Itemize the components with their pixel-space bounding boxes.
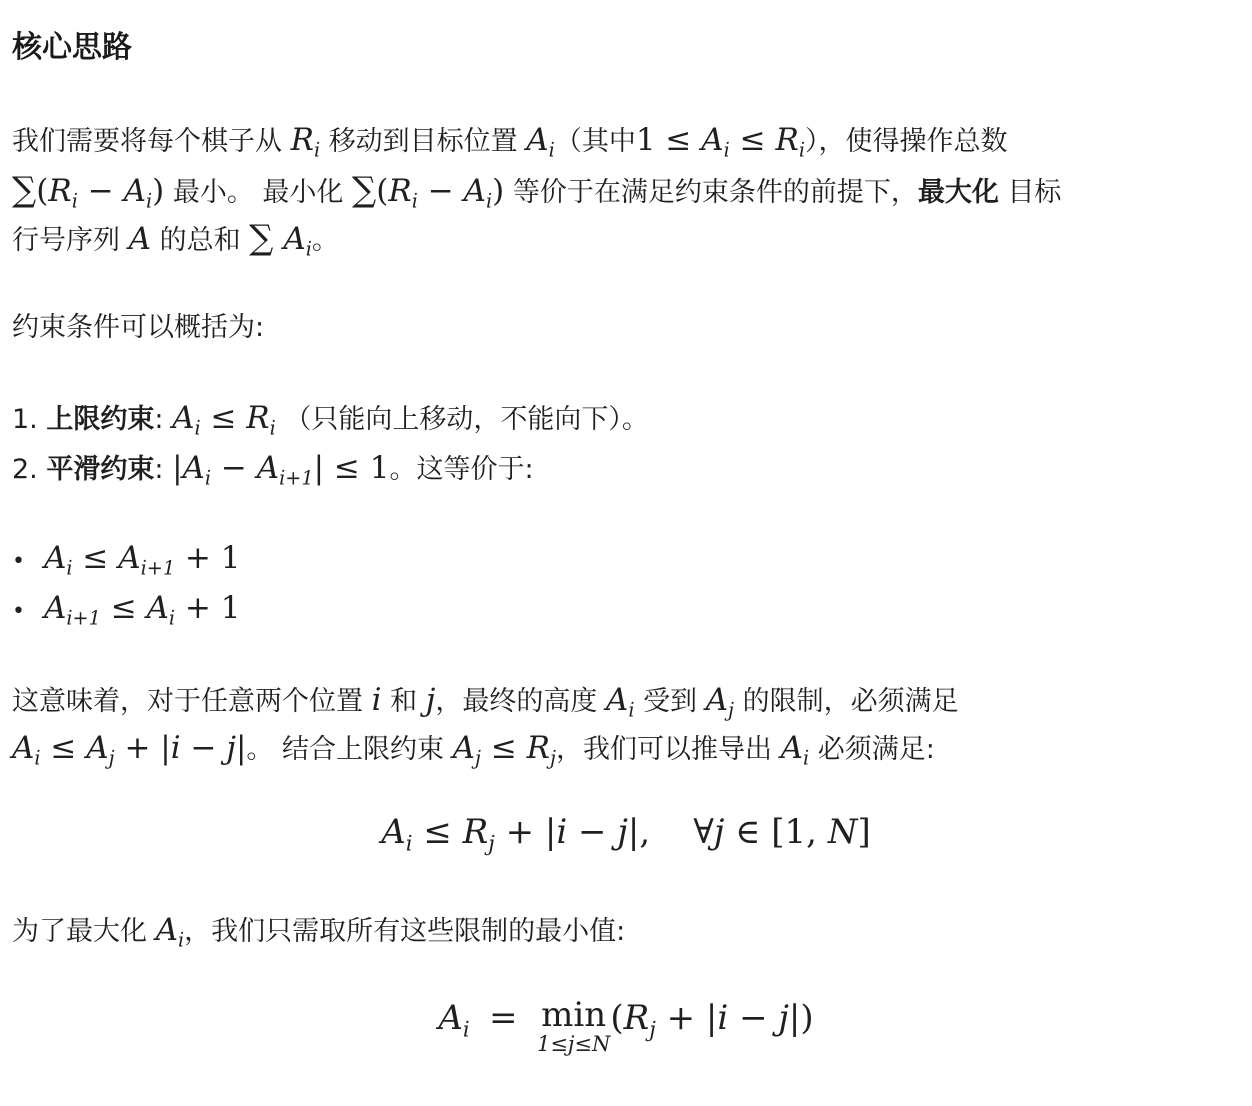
section-heading: 核心思路 bbox=[12, 26, 132, 70]
min-operator: min 1≤j≤N bbox=[537, 998, 610, 1055]
bullet-icon: • bbox=[12, 542, 44, 582]
math-A-i: Ai bbox=[606, 682, 635, 718]
constraints-intro: 约束条件可以概括为: bbox=[12, 308, 264, 348]
math-j: j bbox=[426, 682, 436, 718]
math-A-i: Ai bbox=[781, 730, 810, 766]
display-equation-1: Ai ≤ Rj + |i − j|, ∀j ∈ [1, N] bbox=[0, 812, 1252, 855]
text: 。这等价于: bbox=[389, 454, 533, 485]
math-Ai-le-Aj-plus: Ai ≤ Aj + |i − j| bbox=[12, 730, 246, 766]
text: 。 结合上限约束 bbox=[246, 734, 444, 765]
math-Aj-le-Rj: Aj ≤ Rj bbox=[453, 730, 556, 766]
constraint-title: 上限约束 bbox=[46, 404, 154, 435]
text: 我们需要将每个棋子从 bbox=[12, 126, 282, 157]
text: 等价于在满足约束条件的前提下， bbox=[513, 177, 918, 208]
text: 的限制，必须满足 bbox=[743, 686, 959, 717]
math-bullet-2: Ai+1 ≤ Ai + 1 bbox=[44, 590, 240, 626]
bold-maximize: 最大化 bbox=[918, 177, 999, 208]
text: 这意味着，对于任意两个位置 bbox=[12, 686, 363, 717]
intro-line-2: ∑(Ri − Ai) 最小。 最小化 ∑(Ri − Ai) 等价于在满足约束条件… bbox=[12, 170, 1061, 222]
math-R-i: Ri bbox=[291, 122, 321, 158]
constraint-title: 平滑约束 bbox=[46, 454, 154, 485]
text: 目标 bbox=[1007, 177, 1061, 208]
text: （其中 bbox=[555, 126, 636, 157]
bullet-item-2: •Ai+1 ≤ Ai + 1 bbox=[12, 588, 240, 639]
math-A: A bbox=[129, 221, 151, 257]
math-one-le: 1 ≤ bbox=[636, 122, 701, 158]
constraint-item-1: 1. 上限约束: Ai ≤ Ri （只能向上移动，不能向下）。 bbox=[12, 398, 649, 449]
text: 和 bbox=[390, 686, 417, 717]
math-sum-A-i: ∑ Ai bbox=[249, 221, 312, 257]
constraint-item-2: 2. 平滑约束: |Ai − Ai+1| ≤ 1。这等价于: bbox=[12, 448, 534, 499]
list-number: 1. bbox=[12, 404, 38, 435]
math-le: ≤ bbox=[730, 122, 776, 158]
para2-line-1: 这意味着，对于任意两个位置 i 和 j，最终的高度 Ai 受到 Aj 的限制，必… bbox=[12, 680, 959, 731]
intro-line-1: 我们需要将每个棋子从 Ri 移动到目标位置 Ai（其中1 ≤ Ai ≤ Ri），… bbox=[12, 120, 1007, 171]
text: 。 bbox=[312, 225, 339, 256]
text: 必须满足: bbox=[818, 734, 935, 765]
math-A-i: Ai bbox=[701, 122, 730, 158]
para2-line-2: Ai ≤ Aj + |i − j|。 结合上限约束 Aj ≤ Rj，我们可以推导… bbox=[12, 728, 935, 779]
min-limit: 1≤j≤N bbox=[537, 1034, 610, 1055]
math-upper-bound: Ai ≤ Ri bbox=[172, 400, 276, 436]
math-R-i: Ri bbox=[775, 122, 805, 158]
list-number: 2. bbox=[12, 454, 38, 485]
text: ，我们只需取所有这些限制的最小值: bbox=[184, 916, 625, 947]
text: 最小。 最小化 bbox=[173, 177, 344, 208]
bullet-icon: • bbox=[12, 592, 44, 632]
math-A-j: Aj bbox=[706, 682, 734, 718]
math-A-i: Ai bbox=[526, 122, 555, 158]
text: （只能向上移动，不能向下）。 bbox=[284, 404, 649, 435]
math-bullet-1: Ai ≤ Ai+1 + 1 bbox=[44, 540, 240, 576]
text: 移动到目标位置 bbox=[329, 126, 518, 157]
text: : bbox=[154, 404, 163, 435]
math-smooth-bound: |Ai − Ai+1| ≤ 1 bbox=[172, 450, 389, 486]
text: ，我们可以推导出 bbox=[556, 734, 772, 765]
text: 的总和 bbox=[160, 225, 241, 256]
text: 行号序列 bbox=[12, 225, 120, 256]
math-sum-R-minus-A: ∑(Ri − Ai) bbox=[12, 173, 164, 209]
display-equation-2: Ai = min 1≤j≤N (Rj + |i − j|) bbox=[0, 998, 1252, 1055]
math-A-i: Ai bbox=[156, 912, 185, 948]
text: 受到 bbox=[643, 686, 697, 717]
math-i: i bbox=[372, 682, 382, 718]
math-sum-R-minus-A: ∑(Ri − Ai) bbox=[352, 173, 504, 209]
text: : bbox=[154, 454, 163, 485]
bullet-item-1: •Ai ≤ Ai+1 + 1 bbox=[12, 538, 240, 589]
para3: 为了最大化 Ai，我们只需取所有这些限制的最小值: bbox=[12, 910, 625, 961]
text: ），使得操作总数 bbox=[805, 126, 1008, 157]
text: 为了最大化 bbox=[12, 916, 147, 947]
intro-line-3: 行号序列 A 的总和 ∑ Ai。 bbox=[12, 218, 339, 270]
text: ，最终的高度 bbox=[435, 686, 597, 717]
